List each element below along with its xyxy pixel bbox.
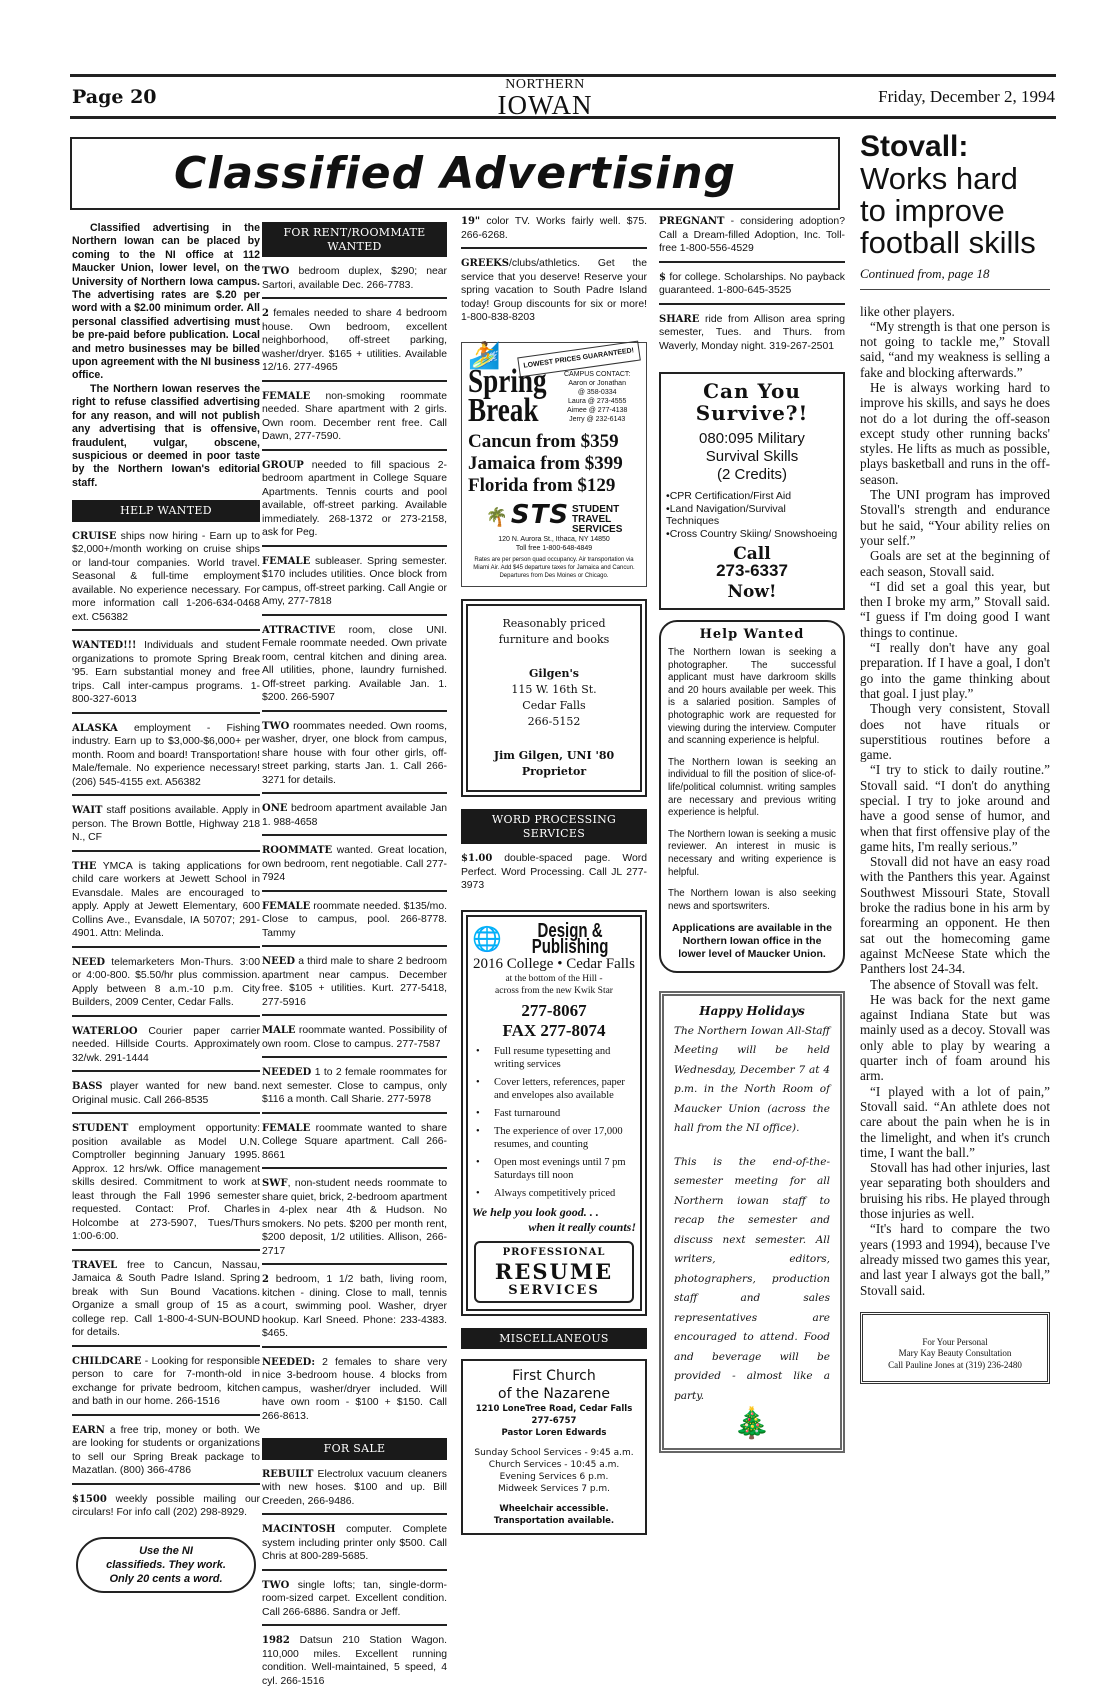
- classified-ad: ONE bedroom apartment available Jan 1. 9…: [262, 800, 447, 836]
- survival-topic: Cross Country Skiing/ Snowshoeing: [666, 528, 838, 541]
- for-sale-header: FOR SALE: [262, 1438, 447, 1460]
- story-paragraph: The UNI program has improved Stovall's s…: [860, 487, 1050, 548]
- design-services-list: Full resume typesetting and writing serv…: [472, 1045, 636, 1200]
- ad-lead: 2: [262, 308, 269, 319]
- classified-ad: THE YMCA is taking applications for chil…: [72, 858, 260, 948]
- badge-line-3: SERVICES: [478, 1283, 630, 1299]
- gilgens-ad: Reasonably priced furniture and books Gi…: [461, 599, 647, 797]
- gilgens-name: Gilgen's: [474, 666, 634, 682]
- contact-line: Aaron or Jonathan: [564, 379, 630, 388]
- story-paragraph: “I try to stick to daily routine.” Stova…: [860, 762, 1050, 854]
- classified-ad: FEMALE roommate needed. $135/mo. Close t…: [262, 898, 447, 948]
- ad-lead: CHILDCARE: [72, 1356, 141, 1367]
- ad-text: ships now hiring - Earn up to $2,000+/mo…: [72, 531, 260, 623]
- surfer-icon: 🏄: [468, 349, 500, 363]
- survival-phone: 273-6337: [666, 564, 838, 578]
- contact-line: Laura @ 273-4555: [564, 397, 630, 406]
- classified-ad: GREEKS/clubs/athletics. Get the service …: [461, 255, 647, 330]
- ad-lead: ONE: [262, 803, 287, 814]
- gilgens-phone: 266-5152: [474, 714, 634, 730]
- design-publishing-ad: 🌐 Design & Publishing 2016 College • Ced…: [461, 910, 647, 1316]
- classified-ad: REBUILT Electrolux vacuum cleaners with …: [262, 1466, 447, 1516]
- ad-lead: MALE: [262, 1025, 295, 1036]
- story-body: like other players.“My strength is that …: [860, 304, 1050, 1298]
- classified-ad: NEEDED: 2 females to share very nice 3-b…: [262, 1354, 447, 1429]
- mary-kay-ad: For Your Personal Mary Kay Beauty Consul…: [860, 1312, 1050, 1385]
- sts-logo-sub: STUDENT TRAVEL SERVICES: [572, 505, 622, 535]
- classified-ad: $1.00 double-spaced page. Word Perfect. …: [461, 850, 647, 898]
- ad-text: roommates needed. Own rooms, washer, dry…: [262, 721, 447, 786]
- ad-lead: NEED: [262, 956, 295, 967]
- column-4: PREGNANT - considering adoption? Call a …: [659, 213, 845, 1453]
- ad-lead: FEMALE: [262, 556, 310, 567]
- classified-ad: PREGNANT - considering adoption? Call a …: [659, 213, 845, 263]
- masthead: NORTHERN IOWAN: [470, 78, 620, 119]
- service-item: Open most evenings until 7 pm Saturdays …: [472, 1156, 636, 1182]
- church-name-1: First Church: [467, 1367, 641, 1385]
- classified-ad: FEMALE non-smoking roommate needed. Shar…: [262, 388, 447, 451]
- ad-lead: REBUILT: [262, 1469, 313, 1480]
- design-location-2: across from the new Kwik Star: [472, 985, 636, 997]
- church-ad: First Church of the Nazarene 1210 LoneTr…: [461, 1359, 647, 1535]
- marykay-line-2: Mary Kay Beauty Consultation: [867, 1348, 1043, 1360]
- ni-help-columnist: The Northern Iowan is seeking an individ…: [668, 757, 836, 820]
- ad-text: for college. Scholarships. No payback gu…: [659, 272, 845, 297]
- ad-lead: STUDENT: [72, 1123, 128, 1134]
- classified-ad: BASS player wanted for new band. Origina…: [72, 1078, 260, 1114]
- professional-resume-badge: PROFESSIONAL RESUME SERVICES: [474, 1241, 634, 1303]
- gilgens-line-1: Reasonably priced: [474, 616, 634, 632]
- ad-lead: NEEDED: [262, 1067, 311, 1078]
- ad-lead: CRUISE: [72, 531, 117, 542]
- continued-from: Continued from, page 18: [860, 267, 1050, 290]
- price-list: Cancun from $359 Jamaica from $399 Flori…: [468, 431, 640, 497]
- classified-ad: 2 females needed to share 4 bedroom hous…: [262, 305, 447, 382]
- classified-ad: 2 bedroom, 1 1/2 bath, living room, kitc…: [262, 1271, 447, 1348]
- intro-paragraph-2: The Northern Iowan reserves the right to…: [72, 383, 260, 490]
- for-rent-list: TWO bedroom duplex, $290; near Sartori, …: [262, 263, 447, 1428]
- ad-lead: TRAVEL: [72, 1260, 117, 1271]
- ni-help-applications: Applications are available in the Northe…: [668, 922, 836, 961]
- ni-help-writers: The Northern Iowan is also seeking news …: [668, 888, 836, 913]
- church-transportation: Transportation available.: [467, 1515, 641, 1527]
- header-rule-bottom: [70, 116, 1056, 119]
- ad-lead: 19": [461, 216, 480, 227]
- ad-lead: ALASKA: [72, 723, 118, 734]
- survival-headline-2: Survive?!: [666, 402, 838, 424]
- story-headline: Stovall: Works hard to improve football …: [860, 130, 1050, 259]
- ad-lead: $1500: [72, 1494, 107, 1505]
- survival-course: 080:095 Military: [666, 430, 838, 448]
- story-paragraph: “I really don't have any goal preparatio…: [860, 640, 1050, 701]
- survival-credits: (2 Credits): [666, 466, 838, 484]
- contact-line: @ 358-0334: [564, 388, 630, 397]
- column-3: 19" color TV. Works fairly well. $75. 26…: [461, 213, 647, 1545]
- holiday-notice: Happy Holidays The Northern Iowan All-St…: [659, 991, 845, 1453]
- story-paragraph: “I played with a lot of pain,” Stovall s…: [860, 1084, 1050, 1160]
- ad-text: , non-student needs roommate to share qu…: [262, 1178, 447, 1257]
- for-sale-list-continued: 19" color TV. Works fairly well. $75. 26…: [461, 213, 647, 330]
- globe-icon: 🌐: [472, 931, 502, 947]
- ad-text: needed to fill spacious 2-bedroom apartm…: [262, 460, 447, 539]
- column-5: Stovall: Works hard to improve football …: [860, 130, 1050, 1384]
- design-phone: 277-8067: [472, 1001, 636, 1021]
- miscellaneous-header: MISCELLANEOUS: [461, 1328, 647, 1350]
- section-title-box: Classified Advertising: [70, 137, 840, 210]
- classified-ad: STUDENT employment opportunity: position…: [72, 1120, 260, 1251]
- marykay-line-3: Call Pauline Jones at (319) 236-2480: [867, 1360, 1043, 1372]
- classified-ad: WANTED!!! Individuals and student organi…: [72, 637, 260, 714]
- for-rent-header: FOR RENT/ROOMMATE WANTED: [262, 222, 447, 257]
- ad-lead: MACINTOSH: [262, 1524, 335, 1535]
- survival-topic: Land Navigation/Survival Techniques: [666, 503, 838, 528]
- promo-line-1: Use the NI: [86, 1544, 246, 1558]
- logo-sub-line: SERVICES: [572, 524, 622, 535]
- gilgens-address: 115 W. 16th St.: [474, 682, 634, 698]
- misc-ads-list: PREGNANT - considering adoption? Call a …: [659, 213, 845, 358]
- ni-help-music-reviewer: The Northern Iowan is seeking a music re…: [668, 829, 836, 879]
- classified-ad: NEED telemarketers Mon-Thurs. 3:00 or 4:…: [72, 954, 260, 1017]
- story-paragraph: “My strength is that one person is not g…: [860, 319, 1050, 380]
- ad-lead: EARN: [72, 1425, 105, 1436]
- classified-ad: MACINTOSH computer. Complete system incl…: [262, 1521, 447, 1571]
- holiday-meeting-info: The Northern Iowan All-Staff Meeting wil…: [674, 1022, 830, 1139]
- classified-ad: ALASKA employment - Fishing industry. Ea…: [72, 720, 260, 797]
- help-wanted-header: HELP WANTED: [72, 500, 260, 522]
- ad-lead: $: [659, 272, 666, 283]
- ad-lead: SHARE: [659, 314, 699, 325]
- ad-text: room, close UNI. Female roommate needed.…: [262, 625, 447, 704]
- ad-text: bedroom apartment available Jan 1. 988-4…: [262, 803, 447, 828]
- intro-paragraph-1: Classified advertising in the Northern I…: [72, 222, 260, 383]
- sts-address: 120 N. Aurora St., Ithaca, NY 14850: [468, 535, 640, 544]
- price-florida: Florida from $129: [468, 475, 640, 497]
- spring-break-title-2: Break: [468, 397, 539, 425]
- gilgens-line-2: furniture and books: [474, 632, 634, 648]
- holiday-meeting-details: This is the end-of-the-semester meeting …: [674, 1153, 830, 1407]
- ad-lead: $1.00: [461, 853, 492, 864]
- church-service: Sunday School Services - 9:45 a.m.: [467, 1447, 641, 1459]
- ad-text: employment opportunity: position availab…: [72, 1123, 260, 1242]
- design-title: Design & Publishing: [520, 923, 619, 955]
- design-tagline-1: We help you look good. . .: [472, 1205, 636, 1220]
- ad-text: YMCA is taking applications for child ca…: [72, 861, 260, 940]
- church-service: Midweek Services 7 p.m.: [467, 1483, 641, 1495]
- survival-topics: CPR Certification/First Aid Land Navigat…: [666, 490, 838, 540]
- church-service: Evening Services 6 p.m.: [467, 1471, 641, 1483]
- ad-lead: GROUP: [262, 460, 304, 471]
- ad-lead: 2: [262, 1274, 269, 1285]
- classified-ad: FEMALE roommate wanted to share College …: [262, 1120, 447, 1170]
- sts-logo-text: STS: [511, 500, 569, 530]
- design-location-1: at the bottom of the Hill -: [472, 973, 636, 985]
- story-paragraph: The absence of Stovall was felt.: [860, 977, 1050, 992]
- classified-ad: NEEDED 1 to 2 female roommates for next …: [262, 1064, 447, 1114]
- ni-help-wanted-title: Help Wanted: [668, 628, 836, 642]
- classified-ad: EARN a free trip, money or both. We are …: [72, 1422, 260, 1485]
- design-tagline-2: when it really counts!: [472, 1220, 636, 1235]
- story-paragraph: Goals are set at the beginning of each s…: [860, 548, 1050, 579]
- headline-part-1: Stovall:: [860, 130, 968, 163]
- story-paragraph: He is always working hard to improve his…: [860, 380, 1050, 487]
- section-title: Classified Advertising: [174, 148, 736, 199]
- ornament-icon: 🎄: [674, 1408, 830, 1440]
- story-paragraph: Though very consistent, Stovall does not…: [860, 701, 1050, 762]
- contact-line: Aimee @ 277-4138: [564, 406, 630, 415]
- church-name-2: of the Nazarene: [467, 1385, 641, 1403]
- ad-text: females needed to share 4 bedroom house.…: [262, 308, 447, 373]
- sts-tollfree: Toll free 1-800-648-4849: [468, 544, 640, 553]
- classified-ad: 19" color TV. Works fairly well. $75. 26…: [461, 213, 647, 249]
- classified-ad: CHILDCARE - Looking for responsible pers…: [72, 1353, 260, 1416]
- classified-ad: WAIT staff positions available. Apply in…: [72, 802, 260, 852]
- survival-headline-1: Can You: [666, 380, 838, 402]
- classified-ad: FEMALE subleaser. Spring semester. $170 …: [262, 553, 447, 616]
- issue-date: Friday, December 2, 1994: [878, 87, 1055, 107]
- story-paragraph: like other players.: [860, 304, 1050, 319]
- classified-ad: $ for college. Scholarships. No payback …: [659, 269, 845, 305]
- service-item: The experience of over 17,000 resumes, a…: [472, 1125, 636, 1151]
- survival-skills-ad: Can You Survive?! 080:095 Military Survi…: [659, 372, 845, 610]
- classified-ad: CRUISE ships now hiring - Earn up to $2,…: [72, 528, 260, 632]
- page-number: Page 20: [72, 86, 157, 108]
- classified-ad: NEED a third male to share 2 bedroom apa…: [262, 953, 447, 1016]
- price-jamaica: Jamaica from $399: [468, 453, 640, 475]
- ad-lead: TWO: [262, 721, 289, 732]
- contact-line: Jerry @ 232-6143: [564, 415, 630, 424]
- ad-text: bedroom, 1 1/2 bath, living room, kitche…: [262, 1274, 447, 1339]
- promo-line-2: classifieds. They work.: [86, 1558, 246, 1572]
- ad-lead: 1982: [262, 1635, 290, 1646]
- ad-lead: NEEDED:: [262, 1357, 315, 1368]
- ad-lead: BASS: [72, 1081, 102, 1092]
- classified-ad: MALE roommate wanted. Possibility of own…: [262, 1022, 447, 1058]
- classified-ad: TWO bedroom duplex, $290; near Sartori, …: [262, 263, 447, 299]
- classified-ad: SWF, non-student needs roommate to share…: [262, 1175, 447, 1265]
- contacts-title: CAMPUS CONTACT:: [564, 370, 630, 379]
- ad-text: free to Cancun, Nassau, Jamaica & South …: [72, 1260, 260, 1339]
- classified-ad: 1982 Datsun 210 Station Wagon. 110,000 m…: [262, 1632, 447, 1693]
- ad-lead: GREEKS: [461, 258, 509, 269]
- ad-lead: WANTED!!!: [72, 640, 136, 651]
- service-item: Always competitively priced: [472, 1187, 636, 1200]
- help-wanted-list: CRUISE ships now hiring - Earn up to $2,…: [72, 528, 260, 1525]
- word-processing-header: WORD PROCESSING SERVICES: [461, 809, 647, 844]
- survival-now: Now!: [666, 582, 838, 602]
- survival-topic: CPR Certification/First Aid: [666, 490, 838, 503]
- ad-lead: NEED: [72, 957, 105, 968]
- ad-lead: ROOMMATE: [262, 845, 332, 856]
- ad-text: color TV. Works fairly well. $75. 266-62…: [461, 216, 647, 241]
- price-cancun: Cancun from $359: [468, 431, 640, 453]
- holiday-title: Happy Holidays: [674, 1002, 830, 1022]
- classified-ad: GROUP needed to fill spacious 2-bedroom …: [262, 457, 447, 547]
- gilgens-owner-title: Proprietor: [474, 764, 634, 780]
- classified-ad: WATERLOO Courier paper carrier needed. H…: [72, 1023, 260, 1073]
- classified-ad: $1500 weekly possible mailing our circul…: [72, 1491, 260, 1525]
- badge-line-2: RESUME: [478, 1261, 630, 1283]
- classified-ad: TWO single lofts; tan, single-dorm-room-…: [262, 1577, 447, 1627]
- church-address: 1210 LoneTree Road, Cedar Falls: [467, 1403, 641, 1415]
- classified-ad: ATTRACTIVE room, close UNI. Female roomm…: [262, 622, 447, 712]
- church-phone: 277-6757: [467, 1415, 641, 1427]
- classified-ad: TRAVEL free to Cancun, Nassau, Jamaica &…: [72, 1257, 260, 1347]
- ad-text: single lofts; tan, single-dorm-room-size…: [262, 1580, 447, 1618]
- story-paragraph: “I did set a goal this year, but then I …: [860, 579, 1050, 640]
- ad-lead: SWF: [262, 1178, 288, 1189]
- service-item: Cover letters, references, paper and env…: [472, 1076, 636, 1102]
- for-sale-list: REBUILT Electrolux vacuum cleaners with …: [262, 1466, 447, 1694]
- ad-lead: PREGNANT: [659, 216, 724, 227]
- design-fax: FAX 277-8074: [472, 1021, 636, 1041]
- marykay-line-1: For Your Personal: [867, 1337, 1043, 1349]
- church-accessibility: Wheelchair accessible.: [467, 1503, 641, 1515]
- sts-fine-print: Rates are per person quad occupancy. Air…: [468, 556, 640, 580]
- classifieds-promo-oval: Use the NI classifieds. They work. Only …: [76, 1537, 256, 1593]
- promo-line-3: Only 20 cents a word.: [86, 1572, 246, 1586]
- ad-text: Datsun 210 Station Wagon. 110,000 miles.…: [262, 1635, 447, 1687]
- classified-ad: SHARE ride from Allison area spring seme…: [659, 311, 845, 359]
- ad-lead: WAIT: [72, 805, 102, 816]
- ad-lead: ATTRACTIVE: [262, 625, 335, 636]
- spring-break-ad: 🏄 LOWEST PRICES GUARANTEED! Spring Break…: [461, 342, 647, 588]
- service-item: Fast turnaround: [472, 1107, 636, 1120]
- ad-lead: WATERLOO: [72, 1026, 138, 1037]
- story-paragraph: Stovall did not have an easy road with t…: [860, 854, 1050, 976]
- column-2: FOR RENT/ROOMMATE WANTED TWO bedroom dup…: [262, 222, 447, 1699]
- ni-help-photographer: The Northern Iowan is seeking a photogra…: [668, 647, 836, 748]
- ad-lead: THE: [72, 861, 97, 872]
- sts-logo: 🌴 STS STUDENT TRAVEL SERVICES: [468, 505, 640, 535]
- church-service: Church Services - 10:45 a.m.: [467, 1459, 641, 1471]
- column-1: Classified advertising in the Northern I…: [72, 222, 260, 1593]
- church-pastor: Pastor Loren Edwards: [467, 1427, 641, 1439]
- ad-lead: TWO: [262, 1580, 289, 1591]
- story-paragraph: Stovall has had other injuries, last yea…: [860, 1160, 1050, 1221]
- palm-tree-icon: 🌴: [486, 507, 508, 527]
- classified-ad: ROOMMATE wanted. Great location, own bed…: [262, 842, 447, 892]
- ad-lead: FEMALE: [262, 901, 310, 912]
- classified-ad: TWO roommates needed. Own rooms, washer,…: [262, 718, 447, 795]
- campus-contacts: CAMPUS CONTACT: Aaron or Jonathan @ 358-…: [564, 370, 630, 424]
- survival-course-2: Survival Skills: [666, 448, 838, 466]
- story-paragraph: He was back for the next game against In…: [860, 992, 1050, 1084]
- ad-lead: FEMALE: [262, 1123, 310, 1134]
- masthead-bottom: IOWAN: [470, 92, 620, 119]
- ni-help-wanted-box: Help Wanted The Northern Iowan is seekin…: [659, 620, 845, 974]
- ad-lead: TWO: [262, 266, 289, 277]
- ad-text: bedroom duplex, $290; near Sartori, avai…: [262, 266, 447, 291]
- gilgens-city: Cedar Falls: [474, 698, 634, 714]
- gilgens-owner: Jim Gilgen, UNI '80: [474, 748, 634, 764]
- classified-intro: Classified advertising in the Northern I…: [72, 222, 260, 490]
- ad-lead: FEMALE: [262, 391, 310, 402]
- story-paragraph: “It's hard to compare the two years (199…: [860, 1221, 1050, 1297]
- service-item: Full resume typesetting and writing serv…: [472, 1045, 636, 1071]
- headline-part-2: Works hard to improve football skills: [860, 161, 1036, 260]
